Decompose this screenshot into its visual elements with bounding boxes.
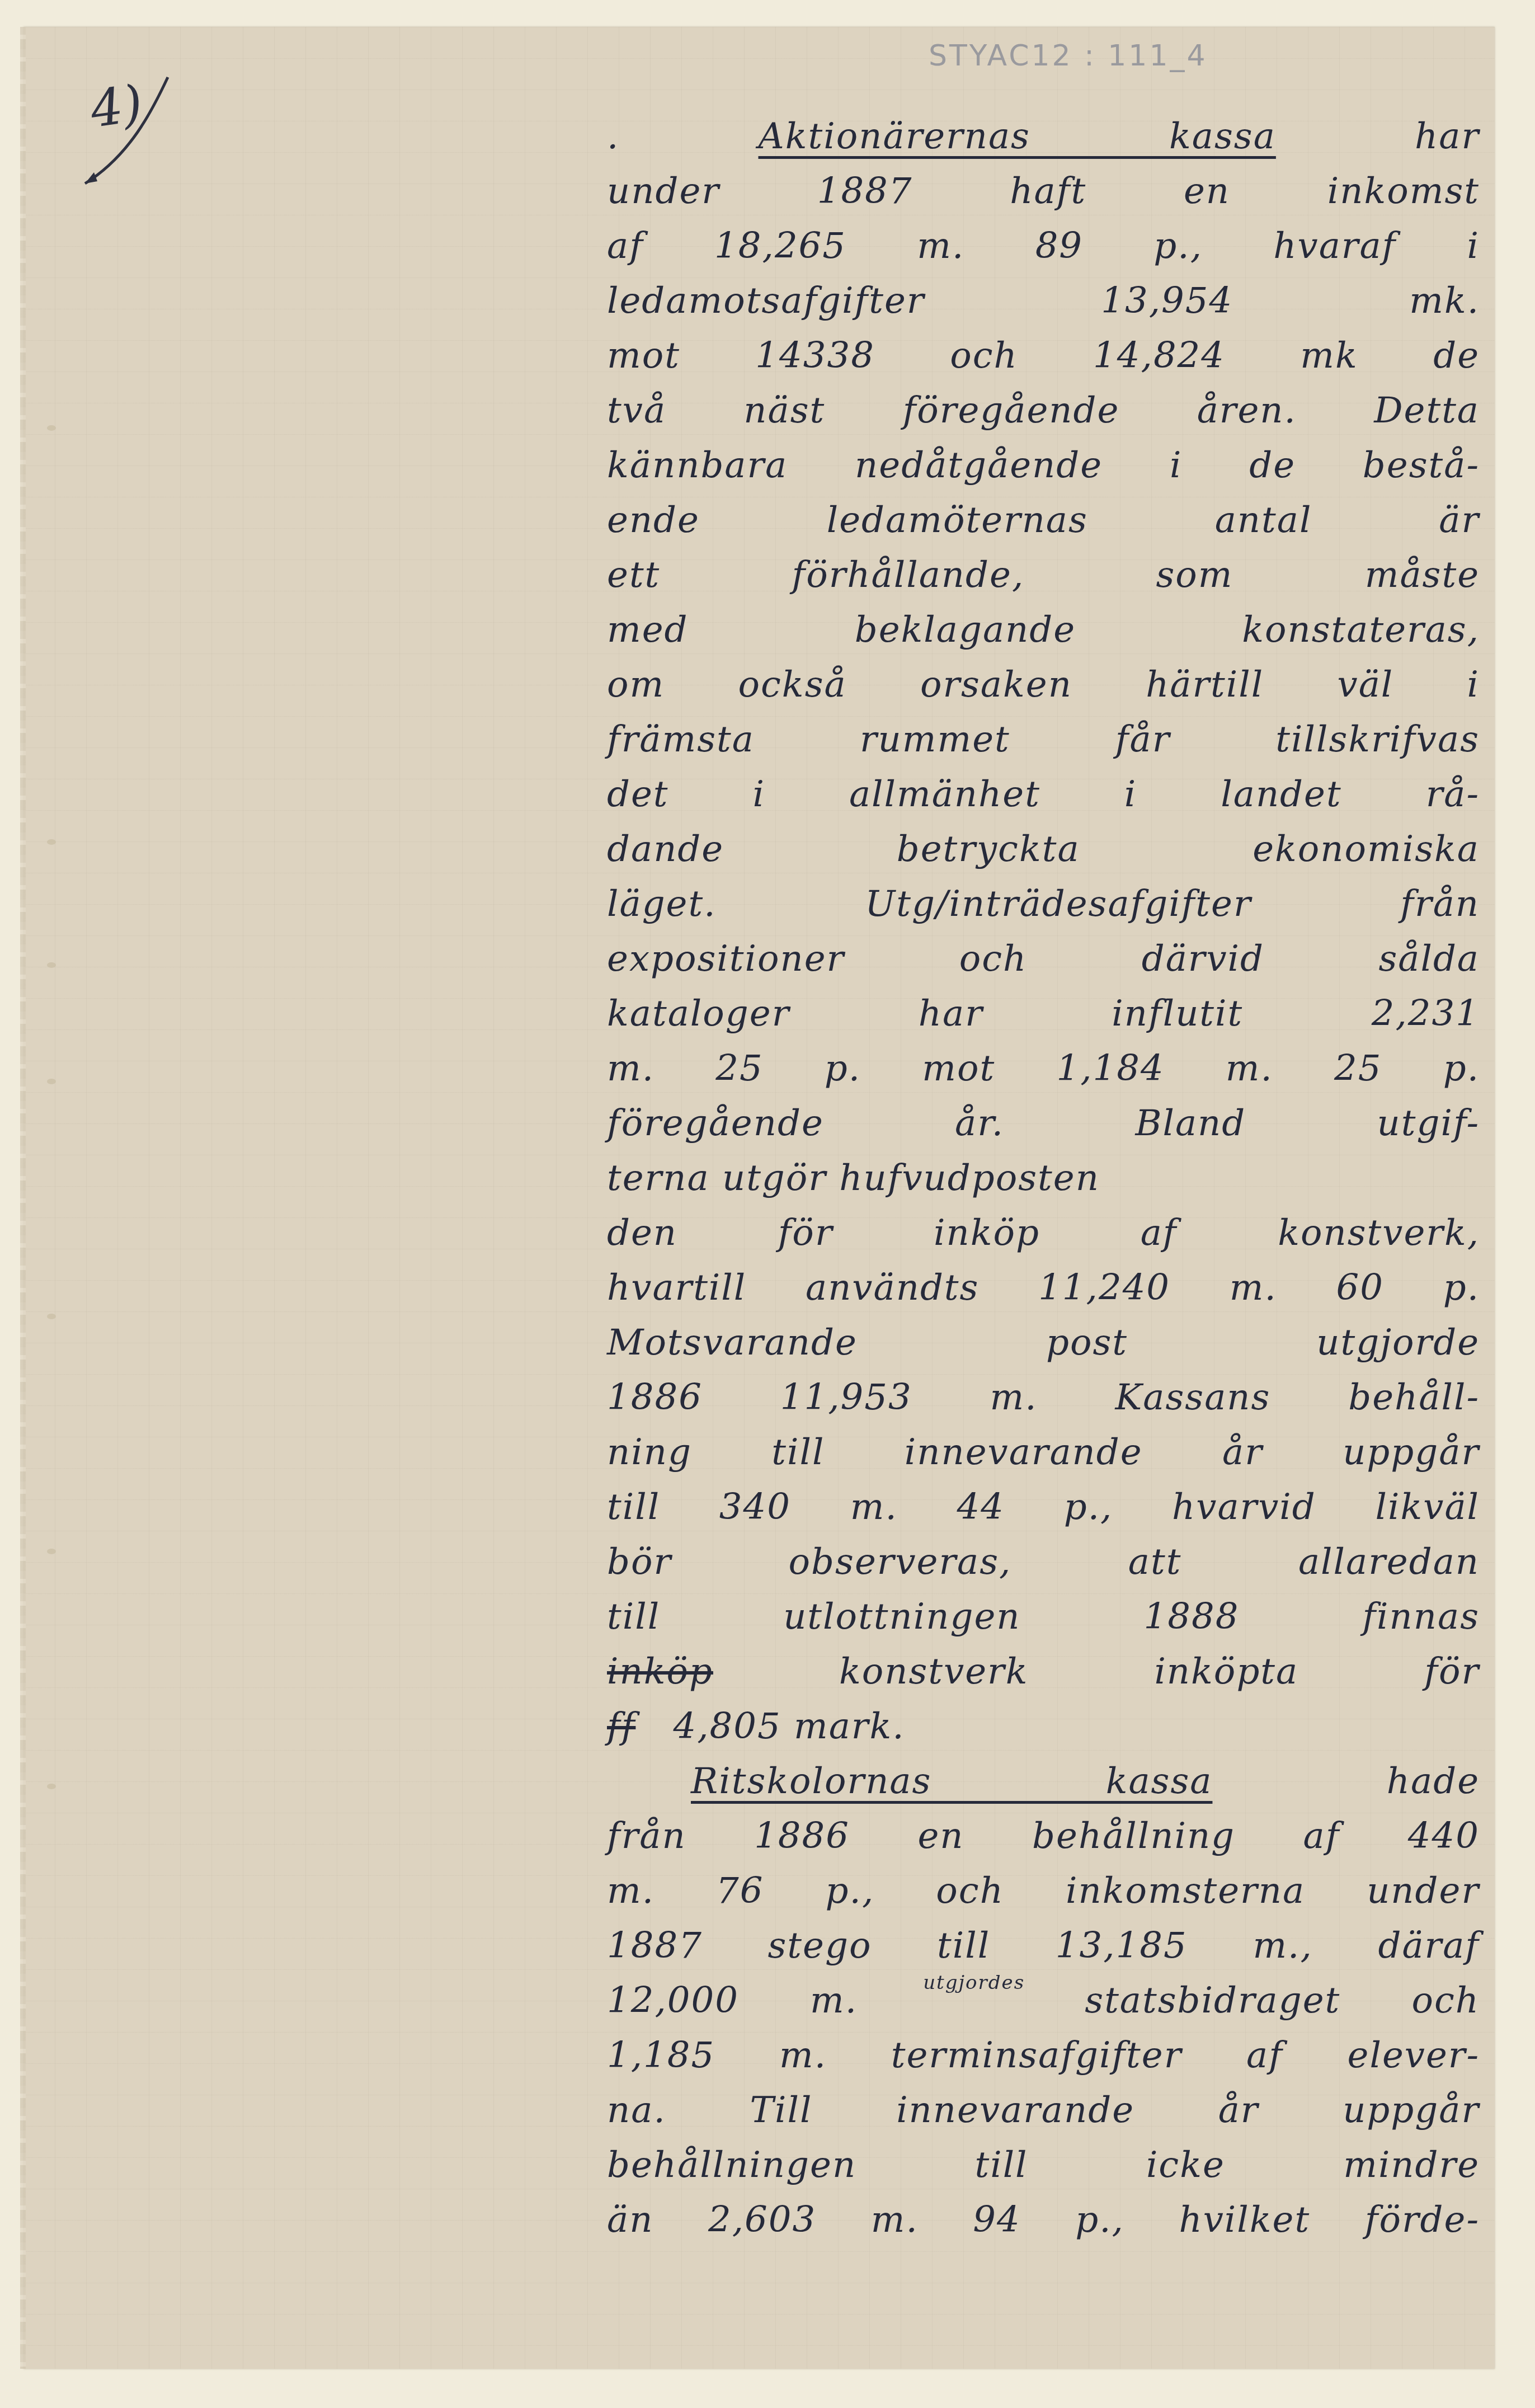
binding-hole	[47, 962, 56, 968]
binding-hole	[47, 839, 56, 845]
manuscript-text: . Aktionärernas kassa har under 1887 haf…	[607, 109, 1480, 2247]
interlinear-insertion: utgjordes	[923, 1972, 1025, 1994]
page-number: 4)	[87, 74, 146, 139]
binding-hole	[47, 1079, 56, 1084]
text-line: 1887 stego till 13,185 m., däraf	[607, 1918, 1480, 1973]
text-line: föregående år. Bland utgif-	[607, 1096, 1480, 1151]
text-line: till utlottningen 1888 finnas	[607, 1589, 1480, 1644]
binding-hole	[47, 425, 56, 431]
text-line: ning till innevarande år uppgår	[607, 1425, 1480, 1480]
text-line: till 340 m. 44 p., hvarvid likväl	[607, 1480, 1480, 1535]
text-line: från 1886 en behållning af 440	[607, 1809, 1480, 1864]
text-line: af 18,265 m. 89 p., hvaraf i	[607, 219, 1480, 274]
text-line: expositioner och därvid sålda	[607, 932, 1480, 986]
text-line: ende ledamöternas antal är	[607, 493, 1480, 548]
text-line: ff 4,805 mark.	[607, 1699, 1480, 1754]
text-line: bör observeras, att allaredan	[607, 1535, 1480, 1589]
struck-word: ff	[607, 1706, 635, 1747]
text-line: Motsvarande post utgjorde	[607, 1315, 1480, 1370]
section-heading: Aktionärernas kassa	[759, 116, 1276, 157]
text-line: 12,000 m. utgjordes statsbidraget och	[607, 1973, 1480, 2028]
text-line: det i allmänhet i landet rå-	[607, 767, 1480, 822]
text-line: två näst föregående åren. Detta	[607, 383, 1480, 438]
text-line: den för inköp af konstverk,	[607, 1206, 1480, 1261]
text-line: 1,185 m. terminsafgifter af elever-	[607, 2028, 1480, 2083]
text-line: under 1887 haft en inkomst	[607, 164, 1480, 219]
text-line: m. 25 p. mot 1,184 m. 25 p.	[607, 1041, 1480, 1096]
text-line: än 2,603 m. 94 p., hvilket förde-	[607, 2193, 1480, 2247]
text-line: . Aktionärernas kassa har	[607, 109, 1480, 164]
text-line: mot 14338 och 14,824 mk de	[607, 328, 1480, 383]
text-line: dande betryckta ekonomiska	[607, 822, 1480, 877]
text-line: ledamotsafgifter 13,954 mk.	[607, 274, 1480, 328]
text-line: behållningen till icke mindre	[607, 2138, 1480, 2193]
text-line: med beklagande konstateras,	[607, 603, 1480, 657]
text-line: kännbara nedåtgående i de bestå-	[607, 438, 1480, 493]
text-line: m. 76 p., och inkomsterna under	[607, 1864, 1480, 1918]
text-line: Ritskolornas kassa hade	[607, 1754, 1480, 1809]
text-line: hvartill användts 11,240 m. 60 p.	[607, 1261, 1480, 1315]
binding-hole	[47, 1549, 56, 1554]
text-line: 1886 11,953 m. Kassans behåll-	[607, 1370, 1480, 1425]
text-line: ett förhållande, som måste	[607, 548, 1480, 603]
text-line: na. Till innevarande år uppgår	[607, 2083, 1480, 2138]
struck-word: inköp	[607, 1651, 713, 1692]
text-line: om också orsaken härtill väl i	[607, 657, 1480, 712]
text-line: inköp konstverk inköpta för	[607, 1644, 1480, 1699]
binding-hole	[47, 1314, 56, 1319]
text-line: främsta rummet får tillskrifvas	[607, 712, 1480, 767]
text-line: terna utgör hufvudposten	[607, 1151, 1480, 1206]
text-line: läget. Utg/inträdesafgifter från	[607, 877, 1480, 932]
section-heading: Ritskolornas kassa	[691, 1761, 1212, 1802]
archive-reference-stamp: STYAC12 : 111_4	[929, 39, 1208, 73]
text-line: kataloger har influtit 2,231	[607, 986, 1480, 1041]
binding-hole	[47, 1784, 56, 1789]
